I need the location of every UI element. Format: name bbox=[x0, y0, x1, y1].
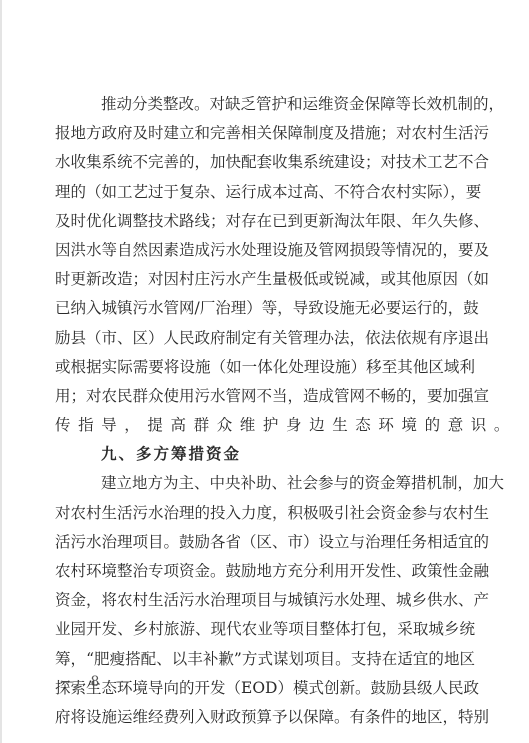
paragraph-line: 或根据实际需要将设施（如一体化处理设施）移至其他区域利 bbox=[55, 353, 475, 382]
paragraph-line: 传指导，提高群众维护身边生态环境的意识。 bbox=[55, 411, 475, 440]
paragraph-line: 水收集系统不完善的，加快配套收集系统建设；对技术工艺不合 bbox=[55, 148, 475, 177]
paragraph-line: 活污水治理项目。鼓励各省（区、市）设立与治理任务相适宜的 bbox=[55, 528, 475, 557]
paragraph-line: 因洪水等自然因素造成污水处理设施及管网损毁等情况的，要及 bbox=[55, 236, 475, 265]
paragraph-line: 理的（如工艺过于复杂、运行成本过高、不符合农村实际），要 bbox=[55, 178, 475, 207]
page-number: — 8 — bbox=[60, 674, 136, 690]
paragraph-line: 建立地方为主、中央补助、社会参与的资金筹措机制，加大 bbox=[55, 469, 475, 498]
paragraph-line: 府将设施运维经费列入财政预算予以保障。有条件的地区，特别 bbox=[55, 703, 475, 732]
paragraph-line: 已纳入城镇污水管网/厂治理）等，导致设施无必要运行的，鼓 bbox=[55, 294, 475, 323]
paragraph-line: 资金，将农村生活污水治理项目与城镇污水处理、城乡供水、产 bbox=[55, 586, 475, 615]
paragraph-line: 筹，“肥瘦搭配、以丰补歉”方式谋划项目。支持在适宜的地区 bbox=[55, 645, 475, 674]
paragraph-line: 及时优化调整技术路线；对存在已到更新淘汰年限、年久失修、 bbox=[55, 207, 475, 236]
paragraph-line: 时更新改造；对因村庄污水产生量极低或锐减，或其他原因（如 bbox=[55, 265, 475, 294]
paragraph-line: 推动分类整改。对缺乏管护和运维资金保障等长效机制的， bbox=[55, 90, 475, 119]
paragraph-line: 用；对农民群众使用污水管网不当，造成管网不畅的，要加强宣 bbox=[55, 382, 475, 411]
document-page: 推动分类整改。对缺乏管护和运维资金保障等长效机制的， 报地方政府及时建立和完善相… bbox=[55, 90, 475, 732]
paragraph-line: 励县（市、区）人民政府制定有关管理办法，依法依规有序退出 bbox=[55, 324, 475, 353]
paragraph-line: 对农村生活污水治理的投入力度，积极吸引社会资金参与农村生 bbox=[55, 499, 475, 528]
paragraph-line: 业园开发、乡村旅游、现代农业等项目整体打包，采取城乡统 bbox=[55, 615, 475, 644]
paragraph-line: 报地方政府及时建立和完善相关保障制度及措施；对农村生活污 bbox=[55, 119, 475, 148]
paragraph-line: 农村环境整治专项资金。鼓励地方充分利用开发性、政策性金融 bbox=[55, 557, 475, 586]
page-edge bbox=[0, 0, 2, 743]
section-heading: 九、多方筹措资金 bbox=[55, 440, 475, 469]
